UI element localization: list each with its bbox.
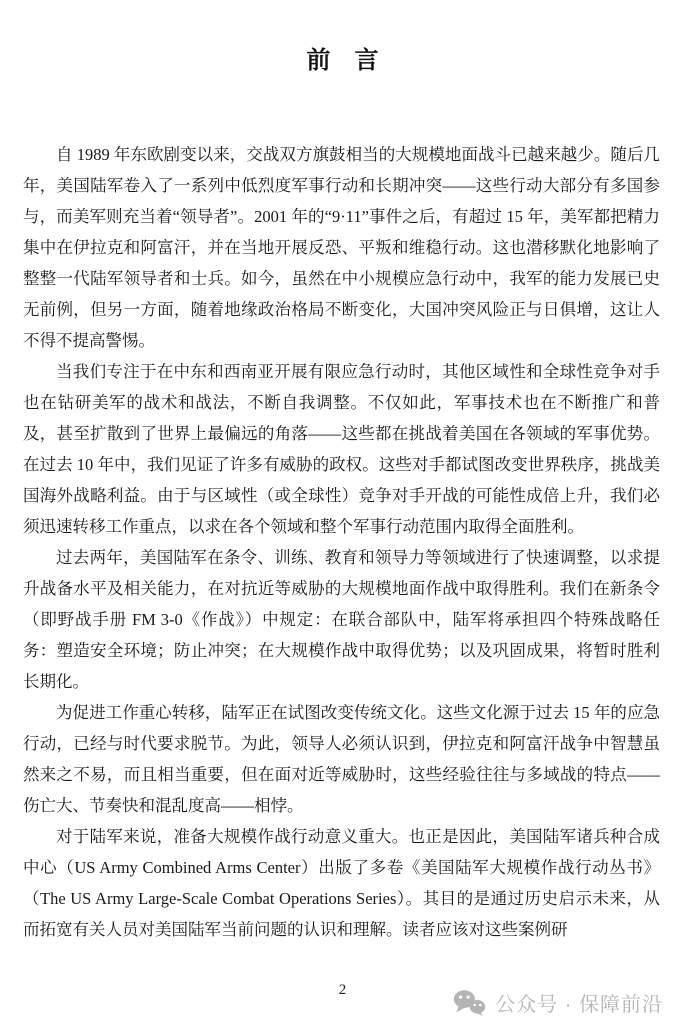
wechat-icon xyxy=(452,989,486,1016)
preface-body: 自 1989 年东欧剧变以来，交战双方旗鼓相当的大规模地面战斗已越来越少。随后几… xyxy=(23,139,660,945)
watermark: 公众号 · 保障前沿 xyxy=(452,988,663,1017)
paragraph: 过去两年，美国陆军在条令、训练、教育和领导力等领域进行了快速调整，以求提升战备水… xyxy=(23,542,660,697)
watermark-label: 公众号 · 保障前沿 xyxy=(495,988,663,1017)
page-title: 前 言 xyxy=(0,40,685,75)
document-page: 前 言 自 1989 年东欧剧变以来，交战双方旗鼓相当的大规模地面战斗已越来越少… xyxy=(0,0,685,1034)
paragraph: 当我们专注于在中东和西南亚开展有限应急行动时，其他区域性和全球性竞争对手也在钻研… xyxy=(23,356,660,542)
paragraph: 对于陆军来说，准备大规模作战行动意义重大。也正是因此，美国陆军诸兵种合成中心（U… xyxy=(23,821,660,945)
paragraph: 自 1989 年东欧剧变以来，交战双方旗鼓相当的大规模地面战斗已越来越少。随后几… xyxy=(23,139,660,356)
paragraph: 为促进工作重心转移，陆军正在试图改变传统文化。这些文化源于过去 15 年的应急行… xyxy=(23,697,660,821)
